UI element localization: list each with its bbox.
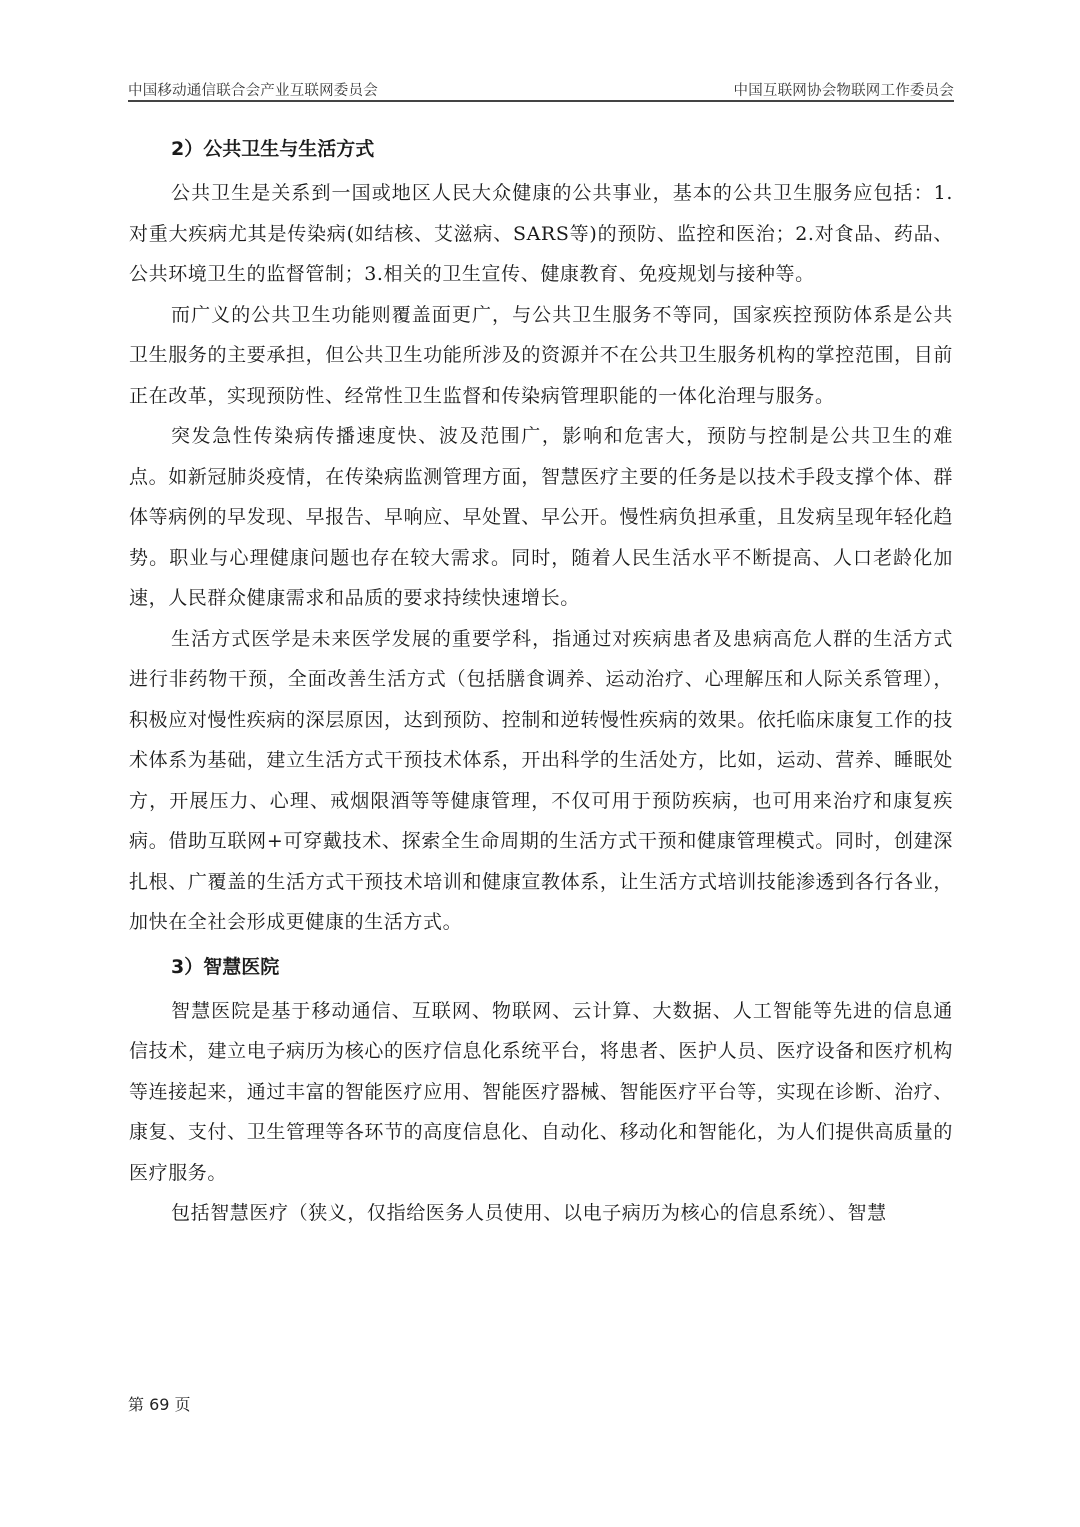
paragraph: 突发急性传染病传播速度快、波及范围广，影响和危害大，预防与控制是公共卫生的难点。… — [129, 416, 953, 619]
header-right-org: 中国互联网协会物联网工作委员会 — [734, 79, 955, 100]
page-number: 第 69 页 — [128, 1392, 191, 1415]
header-divider — [128, 100, 954, 102]
paragraph: 智慧医院是基于移动通信、互联网、物联网、云计算、大数据、人工智能等先进的信息通信… — [129, 991, 953, 1194]
paragraph: 生活方式医学是未来医学发展的重要学科，指通过对疾病患者及患病高危人群的生活方式进… — [129, 619, 953, 943]
paragraph: 公共卫生是关系到一国或地区人民大众健康的公共事业，基本的公共卫生服务应包括：1.… — [129, 173, 953, 295]
page-header: 中国移动通信联合会产业互联网委员会 中国互联网协会物联网工作委员会 — [128, 76, 954, 100]
section-heading-smart-hospital: 3）智慧医院 — [129, 951, 953, 983]
paragraph: 包括智慧医疗（狭义，仅指给医务人员使用、以电子病历为核心的信息系统）、智慧 — [129, 1193, 953, 1234]
document-body: 2）公共卫生与生活方式 公共卫生是关系到一国或地区人民大众健康的公共事业，基本的… — [129, 133, 953, 1234]
section-heading-public-health: 2）公共卫生与生活方式 — [129, 133, 953, 165]
header-left-org: 中国移动通信联合会产业互联网委员会 — [128, 79, 378, 100]
paragraph: 而广义的公共卫生功能则覆盖面更广，与公共卫生服务不等同，国家疾控预防体系是公共卫… — [129, 295, 953, 417]
